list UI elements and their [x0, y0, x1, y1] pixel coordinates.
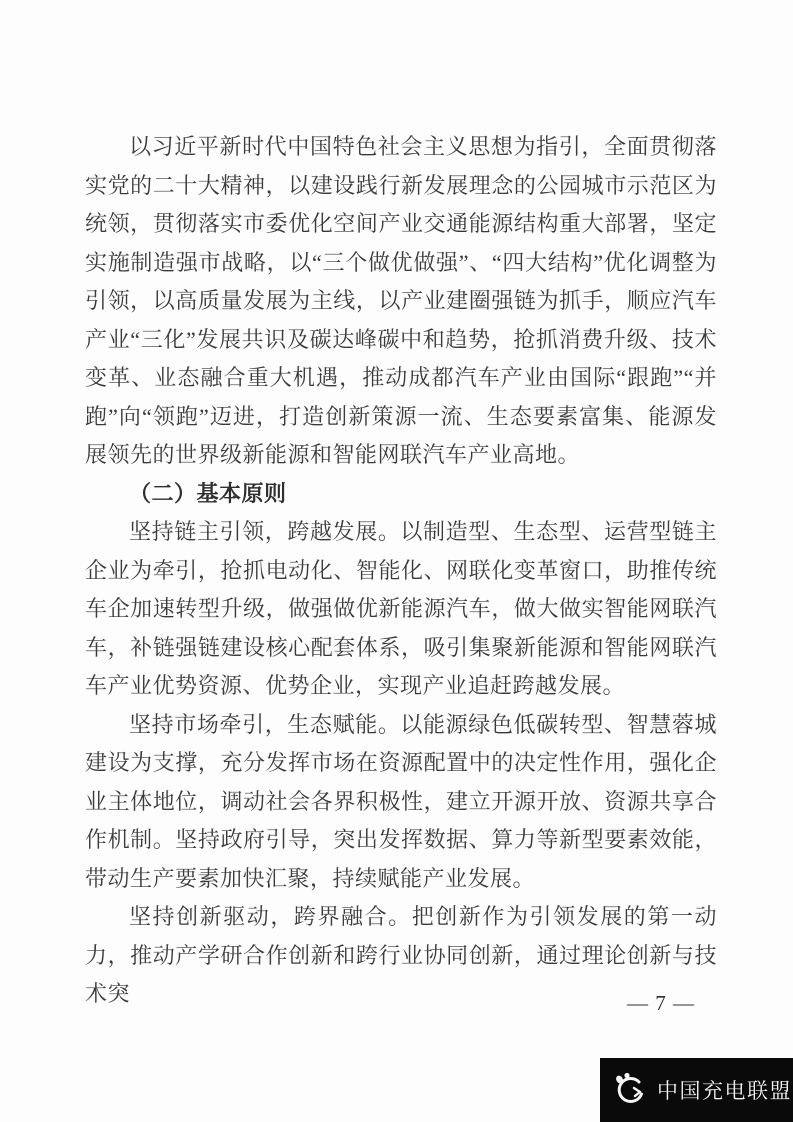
watermark-label: 中国充电联盟	[657, 1075, 792, 1105]
paragraph-guiding-ideology: 以习近平新时代中国特色社会主义思想为指引，全面贯彻落实党的二十大精神，以建设践行…	[85, 128, 717, 475]
paragraph-chain-leader-principle: 坚持链主引领，跨越发展。以制造型、生态型、运营型链主企业为牵引，抢抓电动化、智能…	[85, 513, 717, 706]
document-page: 以习近平新时代中国特色社会主义思想为指引，全面贯彻落实党的二十大精神，以建设践行…	[0, 0, 793, 1122]
paragraph-market-driven-principle: 坚持市场牵引，生态赋能。以能源绿色低碳转型、智慧蓉城建设为支撑，充分发挥市场在资…	[85, 706, 717, 899]
watermark-badge: 中国充电联盟	[600, 1058, 793, 1122]
charging-alliance-logo-icon	[610, 1070, 650, 1110]
section-heading-basic-principles: （二）基本原则	[85, 475, 717, 514]
paragraph-innovation-driven-principle: 坚持创新驱动，跨界融合。把创新作为引领发展的第一动力，推动产学研合作创新和跨行业…	[85, 898, 717, 1014]
page-number: — 7 —	[627, 991, 695, 1016]
document-body: 以习近平新时代中国特色社会主义思想为指引，全面贯彻落实党的二十大精神，以建设践行…	[85, 128, 717, 1014]
